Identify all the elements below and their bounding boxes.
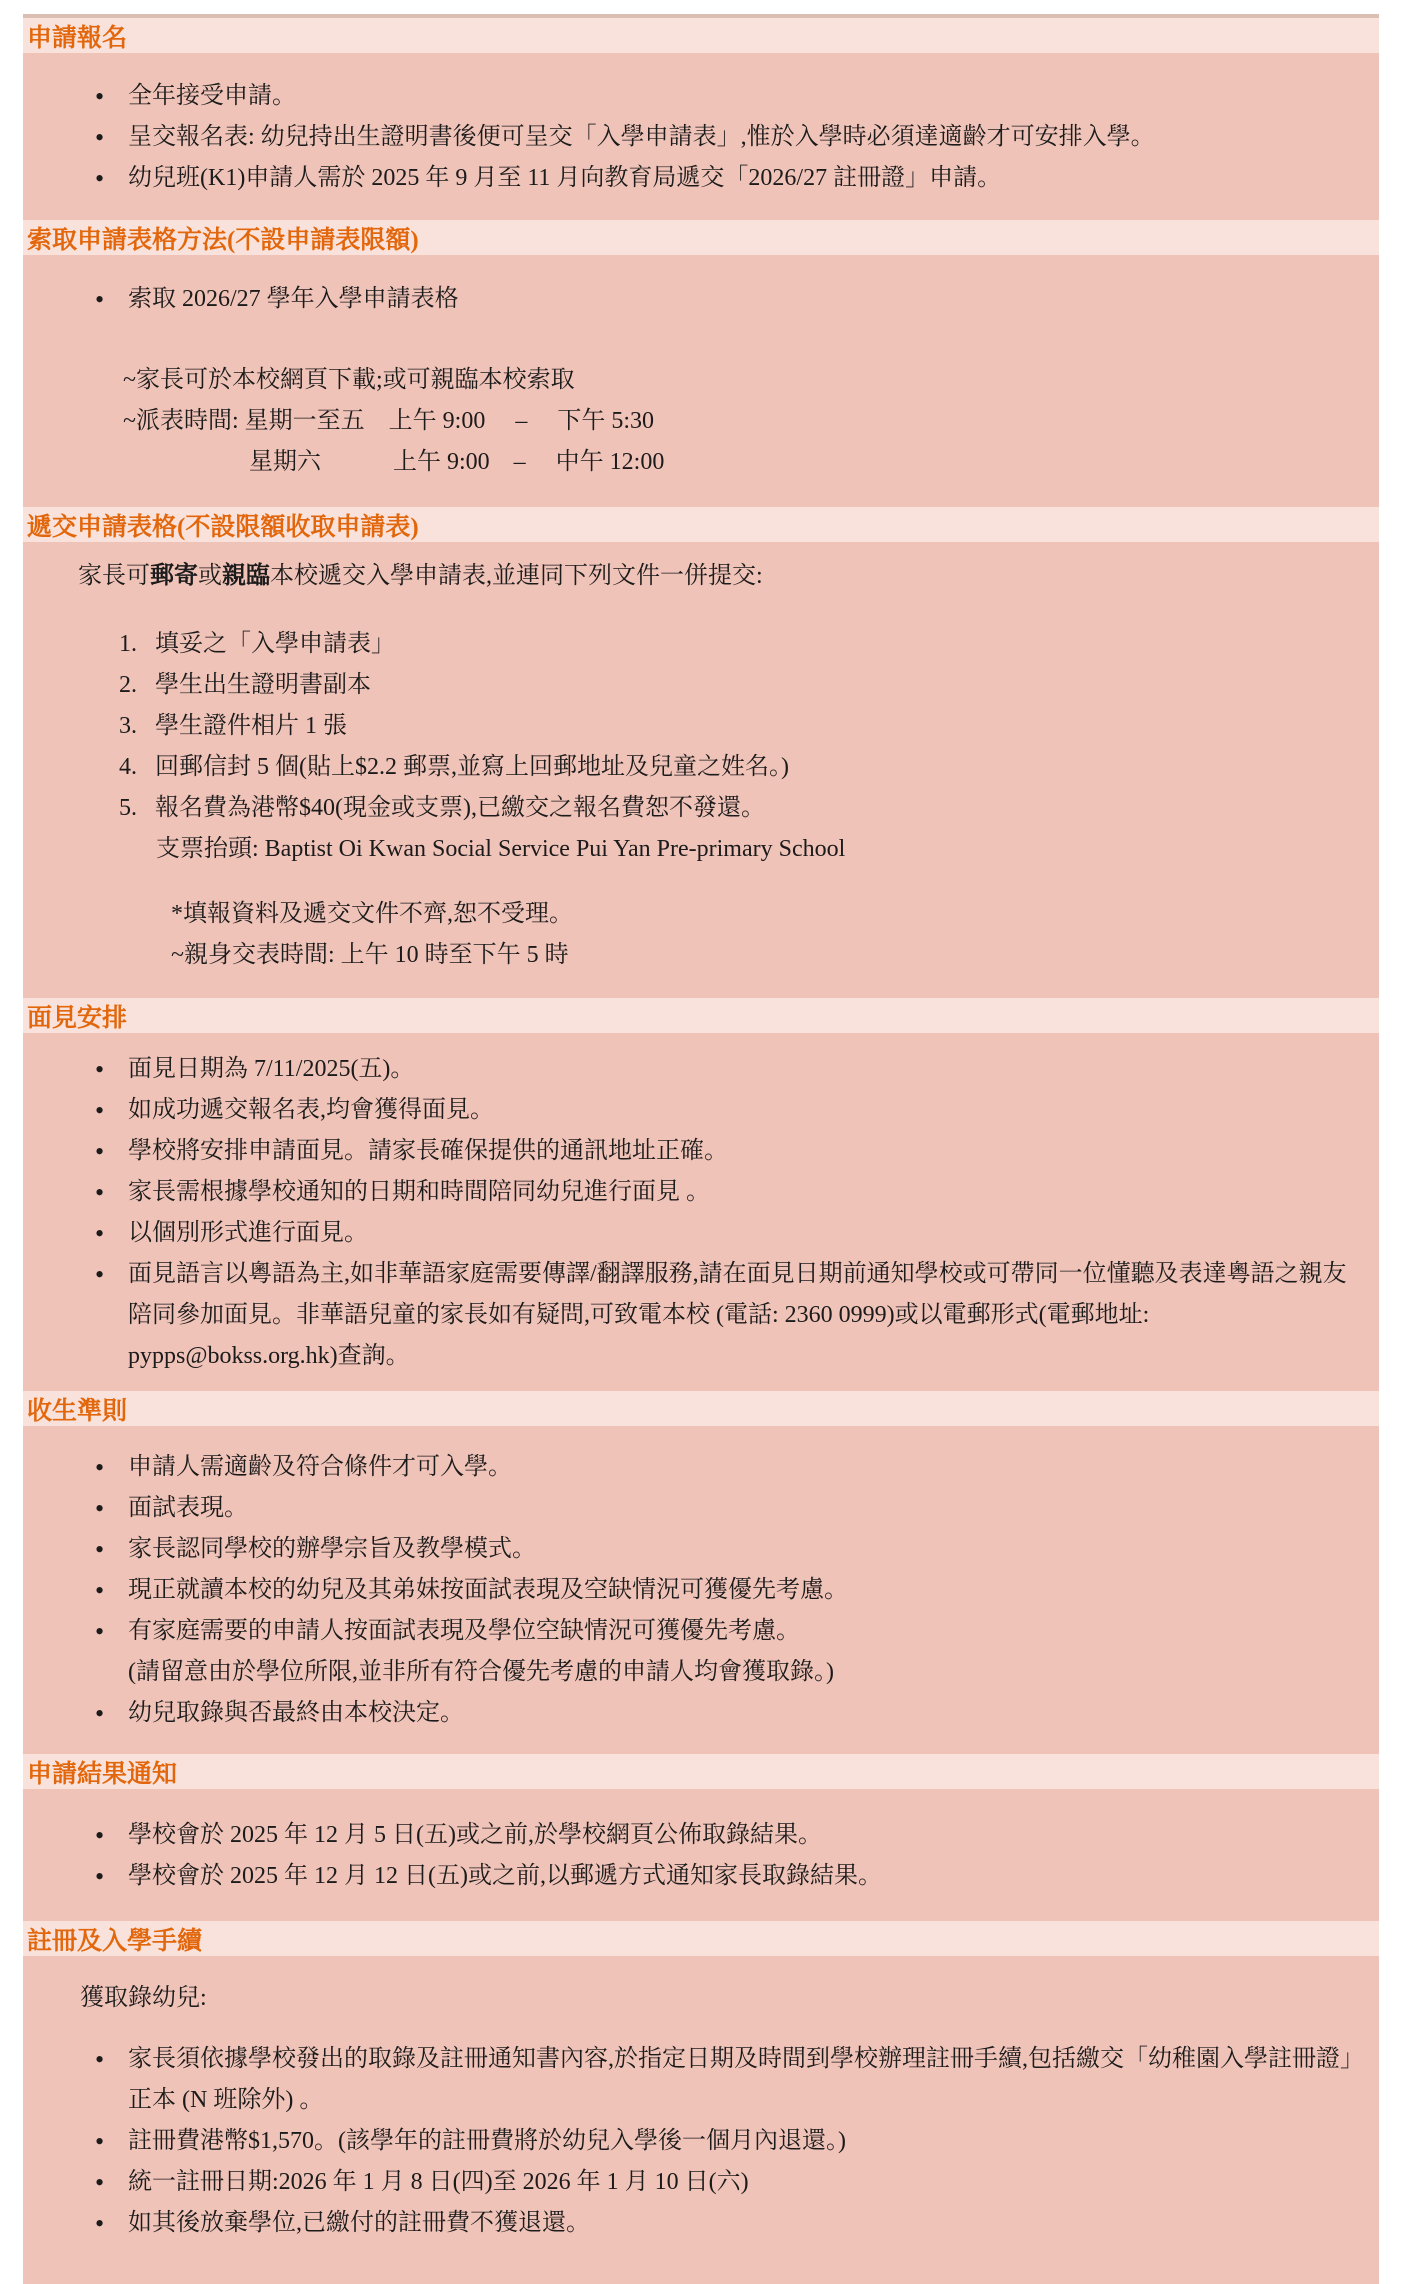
numbered-item: 1.填妥之「入學申請表」 (119, 624, 1361, 665)
submit-form-notes: *填報資料及遞交文件不齊,恕不受理。 ~親身交表時間: 上午 10 時至下午 5… (23, 894, 1379, 976)
item-number: 2. (119, 665, 155, 706)
numbered-item: 4.回郵信封 5 個(貼上$2.2 郵票,並寫上回郵地址及兒童之姓名。) (119, 747, 1361, 788)
section-result-notification: 申請結果通知 學校會於 2025 年 12 月 5 日(五)或之前,於學校網頁公… (23, 1754, 1379, 1921)
registration-lead: 獲取錄幼兒: (23, 1978, 1379, 2019)
section-submit-form: 遞交申請表格(不設限額收取申請表) 家長可郵寄或親臨本校遞交入學申請表,並連同下… (23, 507, 1379, 998)
intro-segment-bold: 親臨 (222, 563, 270, 589)
section-application: 申請報名 全年接受申請。 呈交報名表: 幼兒持出生證明書後便可呈交「入學申請表」… (23, 18, 1379, 220)
registration-lead-text: 獲取錄幼兒: (80, 1985, 207, 2011)
item-number: 3. (119, 706, 155, 747)
application-bullet-list: 全年接受申請。 呈交報名表: 幼兒持出生證明書後便可呈交「入學申請表」,惟於入學… (23, 76, 1379, 199)
section-admission-criteria-title: 收生準則 (27, 1391, 127, 1427)
note-line: 星期六 上午 9:00 – 中午 12:00 (123, 442, 1361, 483)
item-text: 填妥之「入學申請表」 (155, 624, 395, 665)
list-item: 面試表現。 (91, 1488, 1361, 1529)
item-text: 報名費為港幣$40(現金或支票),已繳交之報名費恕不發還。 (155, 788, 765, 829)
section-interview-body: 面見日期為 7/11/2025(五)。 如成功遞交報名表,均會獲得面見。 學校將… (23, 1033, 1379, 1391)
numbered-item: 3.學生證件相片 1 張 (119, 706, 1361, 747)
intro-segment: 或 (198, 563, 222, 589)
note-line: ~親身交表時間: 上午 10 時至下午 5 時 (171, 935, 1361, 976)
item-text: 學生出生證明書副本 (155, 665, 371, 706)
list-item-text: 面試表現。 (128, 1495, 248, 1521)
section-submit-form-body: 家長可郵寄或親臨本校遞交入學申請表,並連同下列文件一併提交: 1.填妥之「入學申… (23, 542, 1379, 998)
item-text: 回郵信封 5 個(貼上$2.2 郵票,並寫上回郵地址及兒童之姓名。) (155, 747, 789, 788)
intro-segment: 家長可 (78, 563, 150, 589)
section-application-header: 申請報名 (23, 18, 1379, 53)
numbered-item: 2.學生出生證明書副本 (119, 665, 1361, 706)
list-item: 如其後放棄學位,已繳付的註冊費不獲退還。 (91, 2203, 1361, 2244)
section-submit-form-header: 遞交申請表格(不設限額收取申請表) (23, 507, 1379, 542)
list-item-text: 以個別形式進行面見。 (128, 1220, 368, 1246)
list-item-text: 學校會於 2025 年 12 月 12 日(五)或之前,以郵遞方式通知家長取錄結… (128, 1863, 882, 1889)
section-registration: 註冊及入學手續 獲取錄幼兒: 家長須依據學校發出的取錄及註冊通知書內容,於指定日… (23, 1921, 1379, 2277)
list-item: 學校會於 2025 年 12 月 12 日(五)或之前,以郵遞方式通知家長取錄結… (91, 1856, 1361, 1897)
note-line: ~派表時間: 星期一至五 上午 9:00 – 下午 5:30 (123, 401, 1361, 442)
section-obtain-form-header: 索取申請表格方法(不設申請表限額) (23, 220, 1379, 255)
section-admission-criteria: 收生準則 申請人需適齡及符合條件才可入學。 面試表現。 家長認同學校的辦學宗旨及… (23, 1391, 1379, 1754)
spacer (23, 870, 1379, 894)
list-item: 有家庭需要的申請人按面試表現及學位空缺情況可獲優先考慮。 (請留意由於學位所限,… (91, 1611, 1361, 1693)
submit-form-intro: 家長可郵寄或親臨本校遞交入學申請表,並連同下列文件一併提交: (23, 556, 1379, 597)
admission-info-document: 申請報名 全年接受申請。 呈交報名表: 幼兒持出生證明書後便可呈交「入學申請表」… (23, 14, 1379, 2277)
obtain-form-notes: ~家長可於本校網頁下載;或可親臨本校索取 ~派表時間: 星期一至五 上午 9:0… (23, 360, 1379, 483)
item-number: 1. (119, 624, 155, 665)
list-item-text: 申請人需適齡及符合條件才可入學。 (128, 1454, 512, 1480)
list-item: 面見日期為 7/11/2025(五)。 (91, 1049, 1361, 1090)
section-obtain-form-title: 索取申請表格方法(不設申請表限額) (27, 220, 419, 256)
list-item-text: 如成功遞交報名表,均會獲得面見。 (128, 1097, 494, 1123)
list-item: 學校將安排申請面見。請家長確保提供的通訊地址正確。 (91, 1131, 1361, 1172)
section-admission-criteria-body: 申請人需適齡及符合條件才可入學。 面試表現。 家長認同學校的辦學宗旨及教學模式。… (23, 1426, 1379, 1754)
list-item: 以個別形式進行面見。 (91, 1213, 1361, 1254)
list-item-text: 呈交報名表: 幼兒持出生證明書後便可呈交「入學申請表」,惟於入學時必須達適齡才可… (128, 124, 1155, 150)
item-number: 5. (119, 788, 155, 829)
list-item: 申請人需適齡及符合條件才可入學。 (91, 1447, 1361, 1488)
list-item-text: 家長需根據學校通知的日期和時間陪同幼兒進行面見 。 (128, 1179, 710, 1205)
cheque-payee-text: 支票抬頭: Baptist Oi Kwan Social Service Pui… (156, 836, 845, 862)
note-line: ~家長可於本校網頁下載;或可親臨本校索取 (123, 360, 1361, 401)
list-item-text: 統一註冊日期:2026 年 1 月 8 日(四)至 2026 年 1 月 10 … (128, 2169, 749, 2195)
interview-bullet-list: 面見日期為 7/11/2025(五)。 如成功遞交報名表,均會獲得面見。 學校將… (23, 1049, 1379, 1377)
numbered-item: 5.報名費為港幣$40(現金或支票),已繳交之報名費恕不發還。 (119, 788, 1361, 829)
section-registration-body: 獲取錄幼兒: 家長須依據學校發出的取錄及註冊通知書內容,於指定日期及時間到學校辦… (23, 1956, 1379, 2277)
section-result-notification-title: 申請結果通知 (27, 1754, 177, 1790)
registration-bullet-list: 家長須依據學校發出的取錄及註冊通知書內容,於指定日期及時間到學校辦理註冊手續,包… (23, 2039, 1379, 2244)
list-item-text: 面見語言以粵語為主,如非華語家庭需要傳譯/翻譯服務,請在面見日期前通知學校或可帶… (128, 1261, 1347, 1369)
section-admission-criteria-header: 收生準則 (23, 1391, 1379, 1426)
list-item-text: 如其後放棄學位,已繳付的註冊費不獲退還。 (128, 2210, 590, 2236)
section-result-notification-body: 學校會於 2025 年 12 月 5 日(五)或之前,於學校網頁公佈取錄結果。 … (23, 1789, 1379, 1921)
list-item: 統一註冊日期:2026 年 1 月 8 日(四)至 2026 年 1 月 10 … (91, 2162, 1361, 2203)
list-item-text: 面見日期為 7/11/2025(五)。 (128, 1056, 414, 1082)
note-line: *填報資料及遞交文件不齊,恕不受理。 (171, 894, 1361, 935)
list-item-text: 全年接受申請。 (128, 83, 296, 109)
spacer (23, 320, 1379, 360)
section-registration-title: 註冊及入學手續 (27, 1921, 202, 1957)
section-application-title: 申請報名 (27, 18, 127, 54)
section-obtain-form: 索取申請表格方法(不設申請表限額) 索取 2026/27 學年入學申請表格 ~家… (23, 220, 1379, 507)
list-item: 幼兒班(K1)申請人需於 2025 年 9 月至 11 月向教育局遞交「2026… (91, 158, 1361, 199)
section-registration-header: 註冊及入學手續 (23, 1921, 1379, 1956)
section-submit-form-title: 遞交申請表格(不設限額收取申請表) (27, 507, 419, 543)
list-item: 註冊費港幣$1,570。(該學年的註冊費將於幼兒入學後一個月內退還。) (91, 2121, 1361, 2162)
item-text: 學生證件相片 1 張 (155, 706, 347, 747)
list-item: 面見語言以粵語為主,如非華語家庭需要傳譯/翻譯服務,請在面見日期前通知學校或可帶… (91, 1254, 1361, 1377)
list-item: 家長認同學校的辦學宗旨及教學模式。 (91, 1529, 1361, 1570)
list-item-text: 家長須依據學校發出的取錄及註冊通知書內容,於指定日期及時間到學校辦理註冊手續,包… (128, 2046, 1352, 2113)
obtain-form-bullet-list: 索取 2026/27 學年入學申請表格 (23, 279, 1379, 320)
list-item-text: 學校會於 2025 年 12 月 5 日(五)或之前,於學校網頁公佈取錄結果。 (128, 1822, 822, 1848)
section-result-notification-header: 申請結果通知 (23, 1754, 1379, 1789)
list-item-text: 幼兒取錄與否最終由本校決定。 (128, 1700, 464, 1726)
section-interview-header: 面見安排 (23, 998, 1379, 1033)
list-item-text: 家長認同學校的辦學宗旨及教學模式。 (128, 1536, 536, 1562)
list-item-text: 學校將安排申請面見。請家長確保提供的通訊地址正確。 (128, 1138, 728, 1164)
spacer (23, 2019, 1379, 2039)
list-item-text: 索取 2026/27 學年入學申請表格 (128, 286, 459, 312)
list-item: 幼兒取錄與否最終由本校決定。 (91, 1693, 1361, 1734)
section-application-body: 全年接受申請。 呈交報名表: 幼兒持出生證明書後便可呈交「入學申請表」,惟於入學… (23, 53, 1379, 220)
list-item: 學校會於 2025 年 12 月 5 日(五)或之前,於學校網頁公佈取錄結果。 (91, 1815, 1361, 1856)
list-item: 如成功遞交報名表,均會獲得面見。 (91, 1090, 1361, 1131)
required-documents-list: 1.填妥之「入學申請表」 2.學生出生證明書副本 3.學生證件相片 1 張 4.… (23, 624, 1379, 829)
section-interview-title: 面見安排 (27, 998, 127, 1034)
list-item: 家長須依據學校發出的取錄及註冊通知書內容,於指定日期及時間到學校辦理註冊手續,包… (91, 2039, 1361, 2121)
list-item: 現正就讀本校的幼兒及其弟妹按面試表現及空缺情況可獲優先考慮。 (91, 1570, 1361, 1611)
section-obtain-form-body: 索取 2026/27 學年入學申請表格 ~家長可於本校網頁下載;或可親臨本校索取… (23, 255, 1379, 507)
item-number: 4. (119, 747, 155, 788)
result-bullet-list: 學校會於 2025 年 12 月 5 日(五)或之前,於學校網頁公佈取錄結果。 … (23, 1815, 1379, 1897)
list-item: 索取 2026/27 學年入學申請表格 (91, 279, 1361, 320)
cheque-payee-line: 支票抬頭: Baptist Oi Kwan Social Service Pui… (23, 829, 1379, 870)
list-item-text: 有家庭需要的申請人按面試表現及學位空缺情況可獲優先考慮。 (請留意由於學位所限,… (128, 1618, 834, 1685)
list-item-text: 現正就讀本校的幼兒及其弟妹按面試表現及空缺情況可獲優先考慮。 (128, 1577, 848, 1603)
list-item: 全年接受申請。 (91, 76, 1361, 117)
spacer (23, 597, 1379, 624)
list-item-text: 註冊費港幣$1,570。(該學年的註冊費將於幼兒入學後一個月內退還。) (128, 2128, 846, 2154)
intro-segment-bold: 郵寄 (150, 563, 198, 589)
list-item: 呈交報名表: 幼兒持出生證明書後便可呈交「入學申請表」,惟於入學時必須達適齡才可… (91, 117, 1361, 158)
list-item: 家長需根據學校通知的日期和時間陪同幼兒進行面見 。 (91, 1172, 1361, 1213)
section-interview: 面見安排 面見日期為 7/11/2025(五)。 如成功遞交報名表,均會獲得面見… (23, 998, 1379, 1391)
intro-segment: 本校遞交入學申請表,並連同下列文件一併提交: (270, 563, 763, 589)
criteria-bullet-list: 申請人需適齡及符合條件才可入學。 面試表現。 家長認同學校的辦學宗旨及教學模式。… (23, 1447, 1379, 1734)
list-item-text: 幼兒班(K1)申請人需於 2025 年 9 月至 11 月向教育局遞交「2026… (128, 165, 1001, 191)
